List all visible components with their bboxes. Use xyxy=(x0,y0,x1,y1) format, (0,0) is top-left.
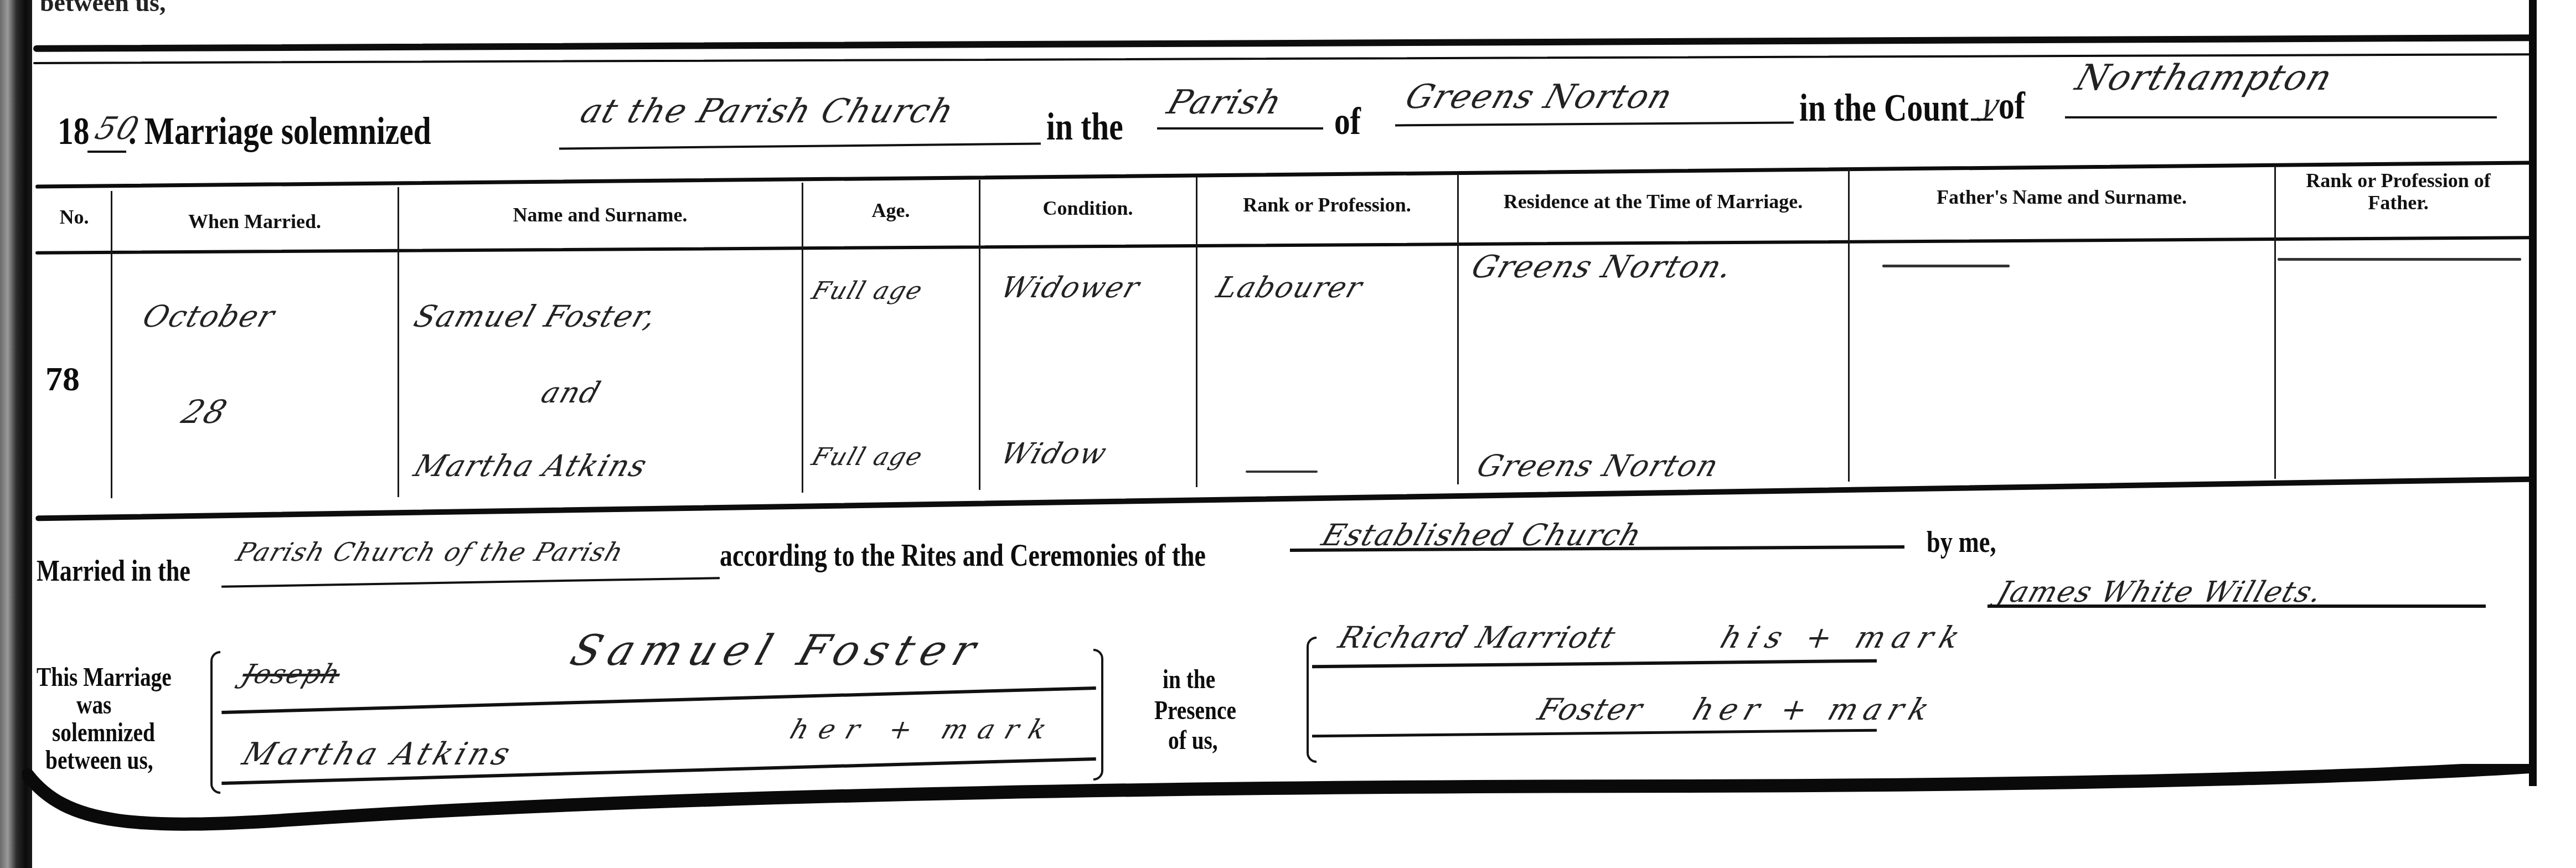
col-header-when-married: When Married. xyxy=(113,210,396,232)
district-name-fill-line xyxy=(1395,121,1794,126)
groom-father-rank-dash xyxy=(2278,258,2521,261)
witness-2-name: Foster xyxy=(1534,692,1648,727)
col-header-residence: Residence at the Time of Marriage. xyxy=(1459,190,1847,213)
in-the-label: in the xyxy=(1046,105,1123,149)
year-fill-line xyxy=(87,151,126,153)
church-handwritten: Parish Church of the Parish xyxy=(233,537,628,567)
according-to-label: according to the Rites and Ceremonies of… xyxy=(720,538,1206,573)
when-married-month: October xyxy=(138,299,280,334)
name-connector: and xyxy=(537,376,605,410)
party-1-fill-line xyxy=(221,686,1096,714)
party-1-struck-out: Joseph xyxy=(238,659,345,690)
groom-father-name-dash xyxy=(1882,265,2010,267)
col-divider-2 xyxy=(398,187,399,497)
county-suffix-fill-line xyxy=(1971,118,1993,121)
right-border xyxy=(2529,0,2537,786)
party-2-mark: her + mark xyxy=(786,714,1061,745)
witness-1-name: Richard Marriott xyxy=(1334,620,1620,655)
county-name-fill-line xyxy=(2065,116,2497,118)
year-prefix: 18 xyxy=(58,110,89,154)
col-header-rank: Rank or Profession. xyxy=(1198,194,1456,216)
col-divider-6 xyxy=(1457,174,1459,484)
entry-number: 78 xyxy=(45,360,80,399)
groom-age: Full age xyxy=(808,277,927,305)
in-the-county-label: in the Count xyxy=(1799,86,1969,131)
witness-2-mark: her + mark xyxy=(1689,692,1940,727)
col-header-age: Age. xyxy=(804,199,978,221)
officiant-fill-line xyxy=(1988,604,2486,608)
solemnized-label: solemnized xyxy=(52,717,155,748)
district-type-handwritten: Parish xyxy=(1163,83,1288,122)
groom-rank: Labourer xyxy=(1212,271,1367,304)
married-in-the-label: Married in the xyxy=(37,554,190,588)
marriage-solemnized-label: . Marriage solemnized xyxy=(128,110,431,154)
col-divider-3 xyxy=(802,183,803,493)
district-type-fill-line xyxy=(1157,127,1323,130)
bride-condition: Widow xyxy=(997,437,1112,471)
col-header-no: No. xyxy=(39,206,110,228)
officiant-handwritten: James White Willets. xyxy=(1993,576,2327,609)
bride-residence: Greens Norton xyxy=(1473,448,1724,483)
col-divider-4 xyxy=(979,180,980,490)
in-the-presence-label: in the xyxy=(1163,664,1215,695)
col-header-condition: Condition. xyxy=(981,197,1195,219)
groom-name: Samuel Foster, xyxy=(410,299,662,334)
place-handwritten: at the Parish Church xyxy=(576,92,959,131)
county-name-handwritten: Northampton xyxy=(2071,58,2338,99)
this-marriage-label: This Marriage xyxy=(37,662,172,693)
bride-age: Full age xyxy=(808,443,927,471)
table-header-bottom-rule xyxy=(35,236,2532,255)
when-married-day: 28 xyxy=(177,393,233,431)
groom-condition: Widower xyxy=(997,271,1144,304)
col-divider-5 xyxy=(1196,177,1197,487)
previous-entry-tail: between us, xyxy=(40,0,166,17)
bride-rank-dash xyxy=(1246,471,1318,473)
book-binding-edge xyxy=(0,0,32,868)
presence-label: Presence xyxy=(1154,695,1236,726)
witness-1-mark: his + mark xyxy=(1716,620,1972,655)
col-divider-7 xyxy=(1848,169,1850,482)
by-me-label: by me, xyxy=(1927,525,1996,559)
place-fill-line xyxy=(559,142,1041,149)
top-thick-rule xyxy=(33,34,2536,52)
witness-2-fill-line xyxy=(1312,729,1877,738)
col-header-name-surname: Name and Surname. xyxy=(400,204,801,226)
bottom-border-curve xyxy=(22,764,2547,841)
church-fill-line xyxy=(221,577,720,588)
col-header-father-rank: Rank or Profession of Father. xyxy=(2276,169,2520,214)
col-divider-1 xyxy=(111,191,112,498)
col-divider-8 xyxy=(2274,166,2276,479)
col-header-father-name: Father's Name and Surname. xyxy=(1850,186,2273,208)
of-us-label: of us, xyxy=(1168,725,1218,756)
was-label: was xyxy=(76,690,111,720)
witnesses-bracket xyxy=(1307,637,1317,763)
bride-name: Martha Atkins xyxy=(410,448,652,483)
witness-1-fill-line xyxy=(1312,659,1877,669)
party-1-signature: Samuel Foster xyxy=(565,626,990,675)
of-label: of xyxy=(1334,100,1361,144)
groom-residence: Greens Norton. xyxy=(1467,249,1738,285)
parties-bracket-right xyxy=(1093,649,1103,781)
of-label-2: of xyxy=(1999,84,2025,128)
table-top-rule xyxy=(35,161,2532,188)
district-name-handwritten: Greens Norton xyxy=(1401,77,1678,116)
